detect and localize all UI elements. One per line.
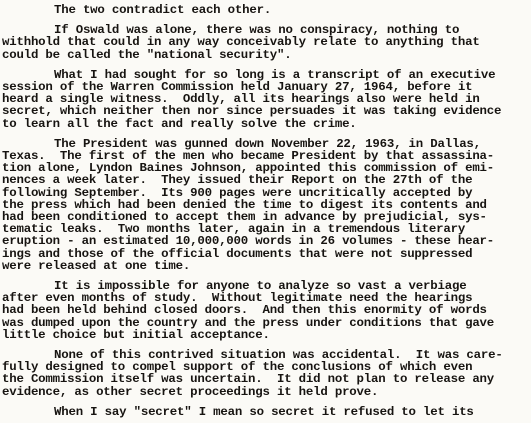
paragraph-oswald-alone: If Oswald was alone, there was no conspi… [2, 24, 530, 61]
paragraph-when-i-say-secret: When I say "secret" I mean so secret it … [2, 406, 530, 418]
paragraph-transcript-sought: What I had sought for so long is a trans… [2, 69, 530, 130]
paragraph-president-gunned-down: The President was gunned down November 2… [2, 138, 530, 272]
paragraph-impossible-to-analyze: It is impossible for anyone to analyze s… [2, 280, 530, 341]
document-page: The two contradict each other. If Oswald… [0, 0, 531, 423]
paragraph-contradict: The two contradict each other. [2, 4, 530, 16]
paragraph-contrived-situation: None of this contrived situation was acc… [2, 349, 530, 398]
